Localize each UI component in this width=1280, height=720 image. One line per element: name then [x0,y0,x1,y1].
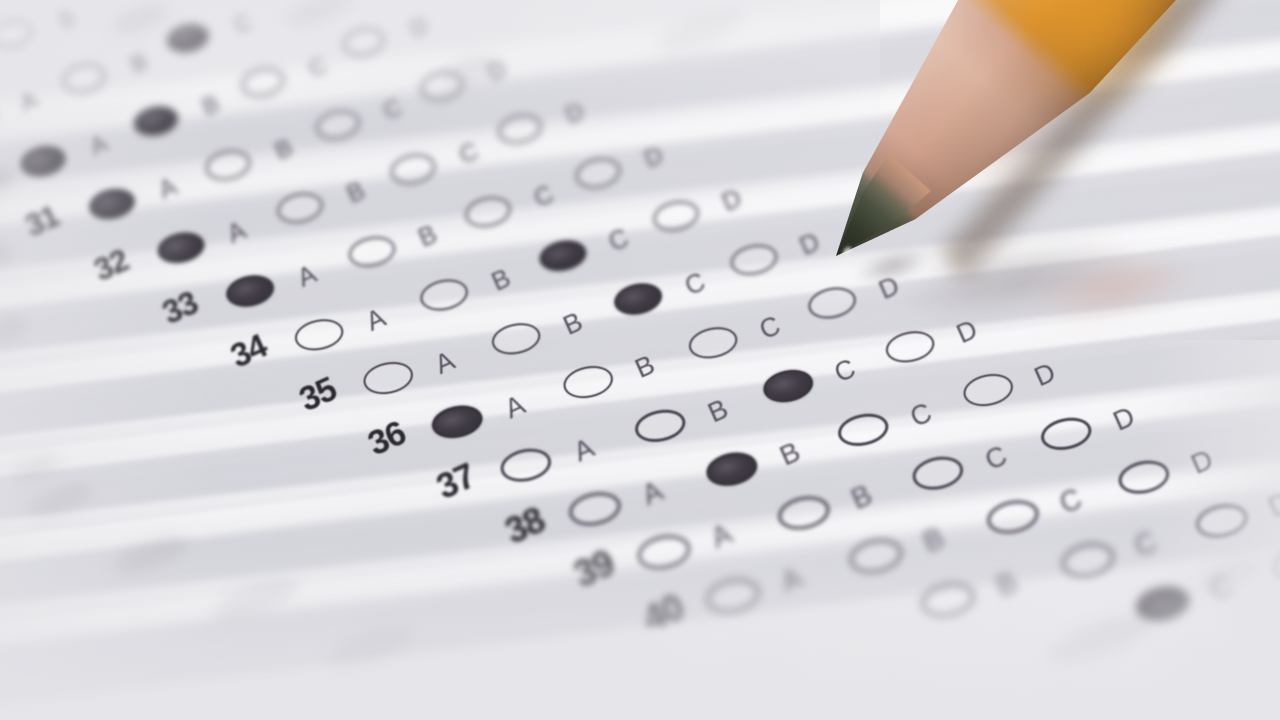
answer-sheet-photo: { "scene": { "description": "Close-up ph… [0,0,1280,720]
top-left-focus-falloff [0,0,880,130]
right-focus-falloff [1140,340,1280,720]
